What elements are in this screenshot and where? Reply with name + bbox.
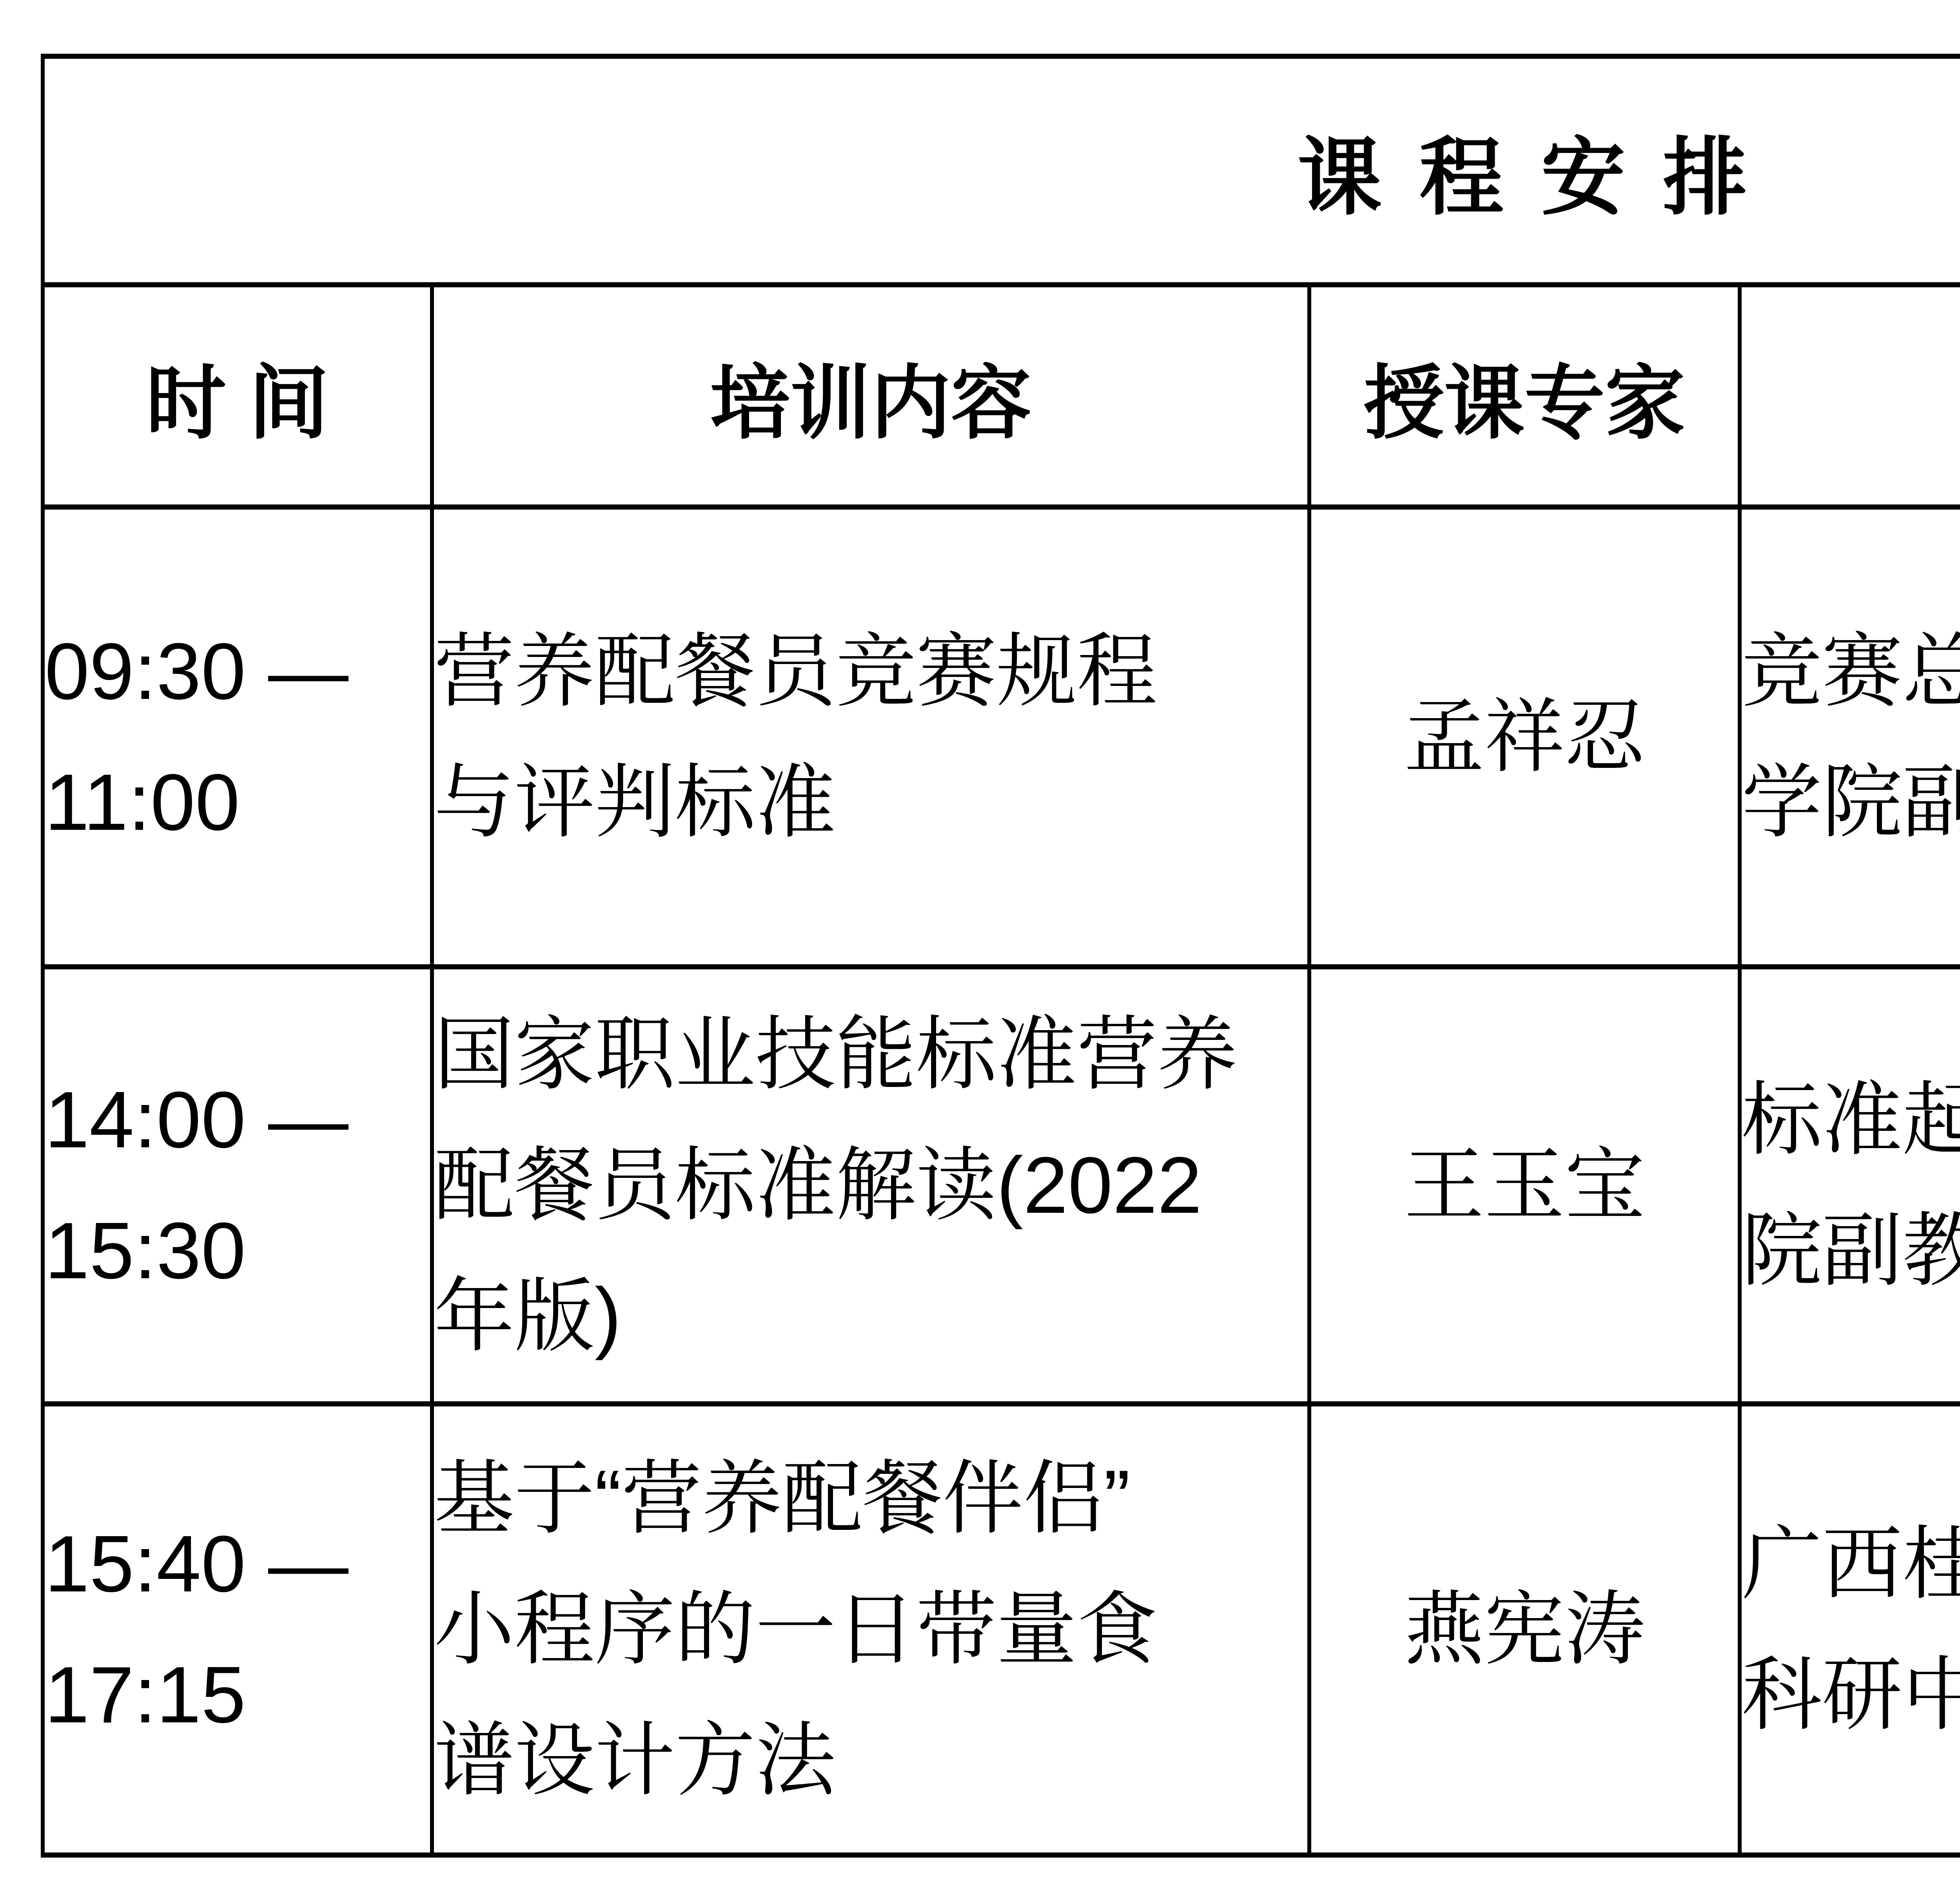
- header-position: 职 务: [1740, 285, 1960, 507]
- document-page: 课 程 安 排 时 间 培训内容 授课专家 职 务 09:30 — 11:00 …: [0, 0, 1960, 1896]
- header-expert: 授课专家: [1309, 285, 1740, 507]
- header-time: 时 间: [43, 285, 432, 507]
- expert-cell: 燕宪涛: [1309, 1404, 1740, 1855]
- table-row: 15:40 — 17:15 基于“营养配餐伴侣” 小程序的一日带量食 谱设计方法…: [43, 1404, 1960, 1855]
- header-content: 培训内容: [432, 285, 1309, 507]
- position-cell: 标准起草人之一，浙江旅游职业学 院副教授: [1740, 967, 1960, 1404]
- time-cell: 14:00 — 15:30: [43, 967, 432, 1404]
- table-title: 课 程 安 排: [43, 56, 1960, 285]
- time-cell: 15:40 — 17:15: [43, 1404, 432, 1855]
- table-row: 09:30 — 11:00 营养配餐员竞赛规程 与评判标准 孟祥忍 竞赛总裁判长…: [43, 507, 1960, 967]
- content-cell: 国家职业技能标准营养 配餐员标准解读(2022 年版): [432, 967, 1309, 1404]
- expert-cell: 孟祥忍: [1309, 507, 1740, 967]
- content-cell: 营养配餐员竞赛规程 与评判标准: [432, 507, 1309, 967]
- expert-cell: 王玉宝: [1309, 967, 1740, 1404]
- position-cell: 广西桂林旅游学院食品与健康学院 科研中心主任、副教授: [1740, 1404, 1960, 1855]
- course-schedule-table: 课 程 安 排 时 间 培训内容 授课专家 职 务 09:30 — 11:00 …: [41, 54, 1960, 1858]
- time-cell: 09:30 — 11:00: [43, 507, 432, 967]
- position-cell: 竞赛总裁判长，扬州大学旅游烹饪 学院副院长、教授: [1740, 507, 1960, 967]
- title-row: 课 程 安 排: [43, 56, 1960, 285]
- header-row: 时 间 培训内容 授课专家 职 务: [43, 285, 1960, 507]
- table-row: 14:00 — 15:30 国家职业技能标准营养 配餐员标准解读(2022 年版…: [43, 967, 1960, 1404]
- content-cell: 基于“营养配餐伴侣” 小程序的一日带量食 谱设计方法: [432, 1404, 1309, 1855]
